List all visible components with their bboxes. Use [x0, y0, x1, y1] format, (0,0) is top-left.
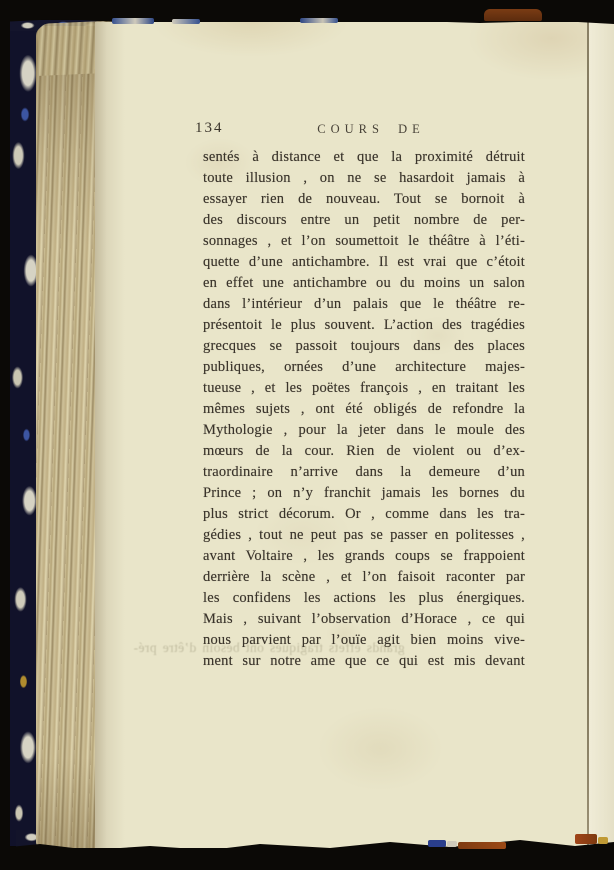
marbling-fleck	[575, 834, 597, 844]
marbling-fleck	[447, 841, 457, 847]
marbling-fleck	[458, 842, 506, 849]
show-through-text: grands effets tragiques ont besoin d’êtr…	[108, 640, 430, 656]
text-line: les confidens les actions les plus énerg…	[203, 588, 525, 609]
text-line: avant Voltaire , les grands coups se fra…	[203, 546, 525, 567]
text-line: sentés à distance et que la proximité dé…	[203, 147, 525, 168]
text-line: derrière la scène , et l’on faisoit raco…	[203, 567, 525, 588]
text-line: traordinaire n’arrive dans la demeure d’…	[203, 462, 525, 483]
marbling-fleck	[484, 9, 542, 21]
text-line: tueuse , et les poëtes françois , en tra…	[203, 378, 525, 399]
text-line: en effet une antichambre ou du moins un …	[203, 273, 525, 294]
text-line: des discours entre un petit nombre de pe…	[203, 210, 525, 231]
page-header: 134 COURS DE	[203, 118, 525, 140]
text-line: gédies , tout ne peut pas se passer en p…	[203, 525, 525, 546]
text-line: mœurs de la cour. Rien de violent ou d’e…	[203, 441, 525, 462]
text-line: essayer rien de nouveau. Tout se bornoit…	[203, 189, 525, 210]
page-crease-line	[587, 22, 589, 848]
page-edge-stack	[36, 26, 98, 848]
marbling-fleck	[300, 18, 338, 23]
text-block: 134 COURS DE sentés à distance et que la…	[203, 118, 525, 672]
text-line: mêmes sujets , ont été obligés de refond…	[203, 399, 525, 420]
text-line: publiques, ornées d’une architecture maj…	[203, 357, 525, 378]
text-line: quette d’une antichambre. Il est vrai qu…	[203, 252, 525, 273]
marbling-fleck	[428, 840, 446, 847]
body-text: sentés à distance et que la proximité dé…	[203, 147, 525, 672]
text-line: dans l’intérieur d’un palais que le théâ…	[203, 294, 525, 315]
adjacent-page-strip	[589, 22, 614, 848]
text-line: grecques se passoit toujours dans des pl…	[203, 336, 525, 357]
text-line: présentoit le plus souvent. L’action des…	[203, 315, 525, 336]
text-line: Prince ; on n’y franchit jamais les born…	[203, 483, 525, 504]
marbling-fleck	[112, 18, 154, 24]
text-line: Mais , suivant l’observation d’Horace , …	[203, 609, 525, 630]
text-line: plus strict décorum. Or , comme dans les…	[203, 504, 525, 525]
marbling-fleck	[598, 837, 608, 844]
running-title: COURS DE	[203, 122, 539, 137]
text-line: Mythologie , pour la jeter dans le moule…	[203, 420, 525, 441]
background-left	[0, 0, 10, 870]
marbling-fleck	[172, 19, 200, 24]
text-line: sonnages , et l’on soumettoit le théâtre…	[203, 231, 525, 252]
text-line: toute illusion , on ne se hasardoit jama…	[203, 168, 525, 189]
